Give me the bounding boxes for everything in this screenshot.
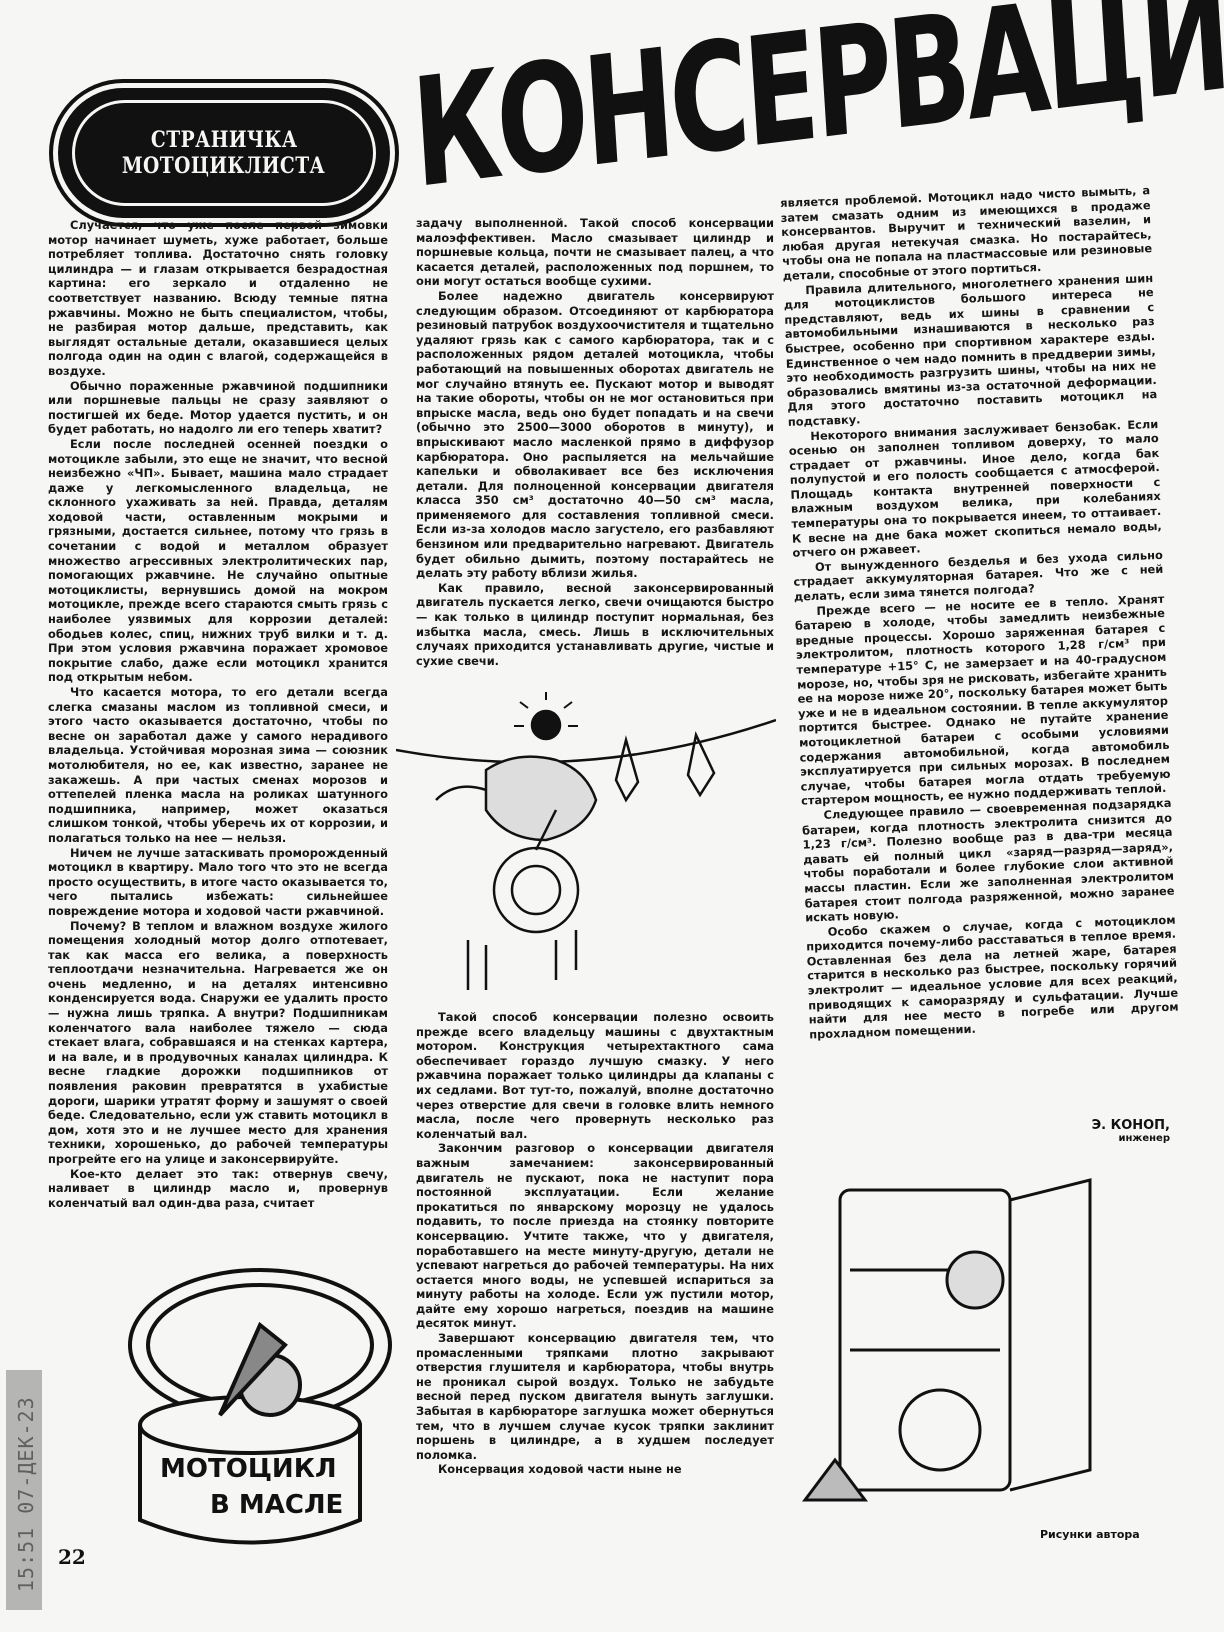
paragraph: Что касается мотора, то его детали всегд… <box>48 685 388 846</box>
paragraph: задачу выполненной. Такой способ консерв… <box>416 216 774 289</box>
paragraph: Завершают консервацию двигателя тем, что… <box>416 1331 774 1462</box>
paragraph: Прежде всего — не носите ее в тепло. Хра… <box>794 591 1171 808</box>
author-signature: Э. КОНОП, инженер <box>1020 1118 1170 1144</box>
paragraph: Обычно пораженные ржавчиной подшипники и… <box>48 379 388 437</box>
rubric-line-1: СТРАНИЧКА <box>151 127 298 153</box>
magazine-page: СТРАНИЧКА МОТОЦИКЛИСТА КОНСЕРВАЦИЯ Случа… <box>0 0 1224 1632</box>
fridge-drawing-icon <box>800 1160 1130 1520</box>
paragraph: Более надежно двигатель консервируют сле… <box>416 289 774 581</box>
article-column-2-top: задачу выполненной. Такой способ консерв… <box>416 216 774 668</box>
paragraph: Некоторого внимания заслуживает бензобак… <box>788 416 1162 560</box>
paragraph: Ничем не лучше затаскивать проморожденны… <box>48 846 388 919</box>
paragraph: Консервация ходовой части ныне не <box>416 1462 774 1477</box>
section-rubric-badge: СТРАНИЧКА МОТОЦИКЛИСТА <box>58 88 390 218</box>
motorcycle-in-can-illustration: МОТОЦИКЛ В МАСЛЕ <box>100 1265 400 1565</box>
paragraph: Кое-кто делает это так: отвернув свечу, … <box>48 1167 388 1211</box>
page-number: 22 <box>58 1545 86 1569</box>
article-column-3: является проблемой. Мотоцикл надо чисто … <box>780 183 1179 1042</box>
author-role: инженер <box>1020 1133 1170 1144</box>
paragraph: Если после последней осенней поездки о м… <box>48 437 388 685</box>
paragraph: является проблемой. Мотоцикл надо чисто … <box>780 183 1153 283</box>
clothesline-motorcycle-illustration <box>396 690 776 1000</box>
paragraph: Правила длительного, многолетнего хранен… <box>783 271 1158 430</box>
can-label-2: В МАСЛЕ <box>210 1490 343 1520</box>
paragraph: Следующее правило — своевременная подзар… <box>801 796 1175 926</box>
can-label-1: МОТОЦИКЛ <box>160 1454 337 1484</box>
paragraph: Как правило, весной законсервированный д… <box>416 581 774 669</box>
article-title: КОНСЕРВАЦИЯ <box>409 0 964 210</box>
paragraph: Такой способ консервации полезно освоить… <box>416 1010 774 1141</box>
paragraph: Почему? В теплом и влажном воздухе жилог… <box>48 919 388 1167</box>
rubric-line-2: МОТОЦИКЛИСТА <box>122 153 325 179</box>
article-column-1: Случается, что уже после первой зимовки … <box>48 218 388 1210</box>
article-column-2-bottom: Такой способ консервации полезно освоить… <box>416 1010 774 1477</box>
can-drawing-icon: МОТОЦИКЛ В МАСЛЕ <box>100 1265 400 1565</box>
paragraph: Особо скажем о случае, когда с мотоцикло… <box>805 912 1179 1042</box>
illustration-credit: Рисунки автора <box>1040 1528 1140 1541</box>
paragraph: Закончим разговор о консервации двигател… <box>416 1141 774 1331</box>
library-stamp: 15:51 07-ДЕК-23 <box>6 1370 42 1610</box>
author-name: Э. КОНОП, <box>1020 1118 1170 1133</box>
stamp-text: 15:51 07-ДЕК-23 <box>14 1372 38 1592</box>
drawing-icon <box>396 690 776 1000</box>
fridge-battery-illustration <box>800 1160 1130 1520</box>
paragraph: Случается, что уже после первой зимовки … <box>48 218 388 379</box>
